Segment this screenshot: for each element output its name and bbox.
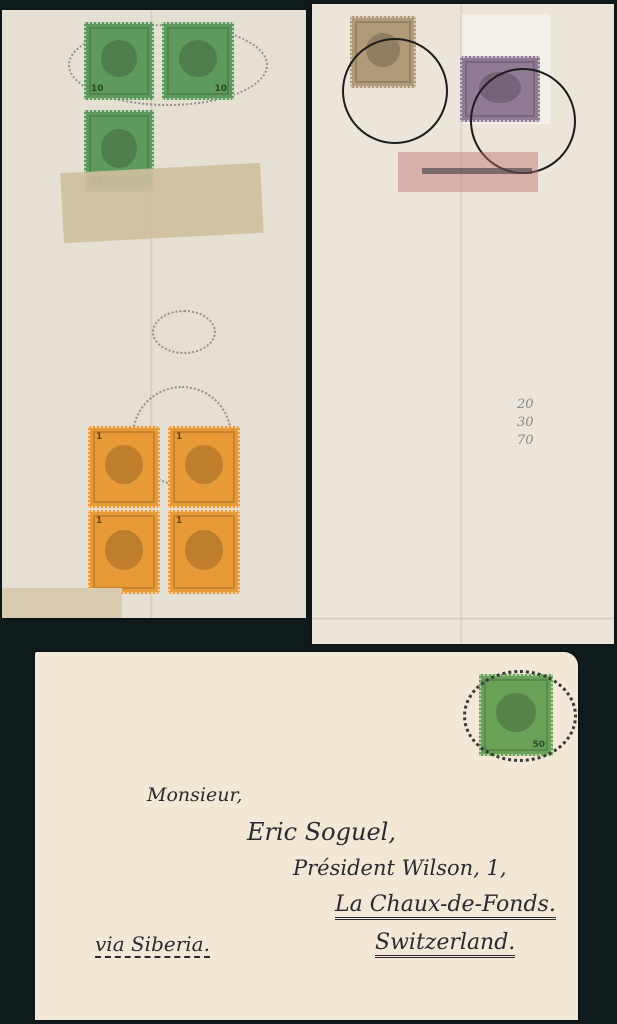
pencil-notes: 20 30 70: [517, 396, 534, 450]
stamp-orange-1: 1: [88, 510, 160, 594]
cover-front: 50 Monsieur, Eric Soguel, Président Wils…: [35, 652, 578, 1020]
cover-left-back: 10 10 10 1 1 1 1: [2, 10, 306, 618]
stamp-orange-1: 1: [168, 426, 240, 508]
postmark: [342, 38, 448, 144]
torn-label: [60, 163, 263, 243]
address-street: Président Wilson, 1,: [293, 856, 507, 880]
salutation: Monsieur,: [147, 784, 242, 806]
postmark: [152, 310, 216, 354]
black-bar: [422, 168, 532, 174]
stamp-green-10: 10: [162, 22, 234, 100]
address-country: Switzerland.: [375, 930, 515, 958]
routing-instruction: via Siberia.: [95, 932, 210, 958]
stamp-orange-1: 1: [88, 426, 160, 508]
torn-flap: [2, 588, 122, 618]
postmark: [463, 670, 577, 762]
cover-right-back: 20 30 70: [312, 4, 614, 644]
stamp-orange-1: 1: [168, 510, 240, 594]
addressee-name: Eric Soguel,: [247, 818, 396, 846]
address-city: La Chaux-de-Fonds.: [335, 892, 556, 920]
stamp-green-10: 10: [84, 22, 154, 100]
